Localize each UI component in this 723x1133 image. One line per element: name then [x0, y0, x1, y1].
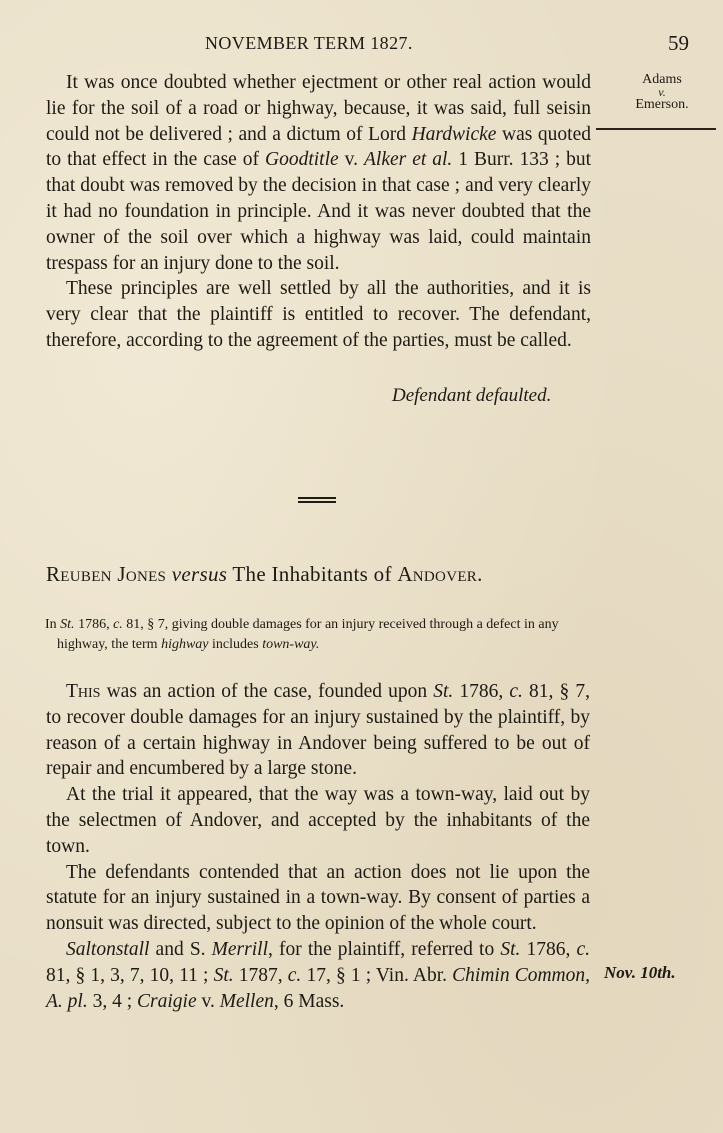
- paragraph: This was an action of the case, founded …: [46, 679, 590, 782]
- running-head: NOVEMBER TERM 1827. 59: [0, 33, 723, 57]
- paragraph: At the trial it appeared, that the way w…: [46, 782, 590, 859]
- paragraph: Saltonstall and S. Merrill, for the plai…: [46, 937, 590, 1014]
- versus-word: versus: [172, 562, 227, 586]
- paragraph: It was once doubted whether ejectment or…: [46, 70, 591, 276]
- headnote: In St. 1786, c. 81, § 7, giving double d…: [45, 615, 593, 655]
- running-title: NOVEMBER TERM 1827.: [205, 33, 413, 54]
- title-middle: The Inhabitants of: [232, 562, 391, 586]
- headnote-text: In St. 1786, c. 81, § 7, giving double d…: [45, 615, 593, 655]
- marginal-case-note: Adams v. Emerson.: [606, 72, 718, 112]
- marginal-rule: [596, 128, 716, 130]
- case-title: Reuben Jones versus The Inhabitants of A…: [46, 562, 594, 587]
- plaintiff-name: Reuben Jones: [46, 562, 166, 586]
- defendant-name: Andover.: [397, 562, 482, 586]
- section-separator: [298, 497, 336, 503]
- case-report: This was an action of the case, founded …: [46, 679, 590, 1014]
- paragraph: The defendants contended that an action …: [46, 860, 590, 937]
- page-number: 59: [668, 31, 689, 56]
- marginal-versus: v.: [606, 87, 718, 97]
- marginal-date: Nov. 10th.: [604, 963, 676, 983]
- verdict: Defendant defaulted.: [392, 385, 551, 407]
- marginal-defendant: Emerson.: [635, 97, 688, 112]
- book-page: NOVEMBER TERM 1827. 59 Adams v. Emerson.…: [0, 0, 723, 1133]
- paragraph: These principles are well settled by all…: [46, 276, 591, 353]
- opinion-conclusion: It was once doubted whether ejectment or…: [46, 70, 591, 354]
